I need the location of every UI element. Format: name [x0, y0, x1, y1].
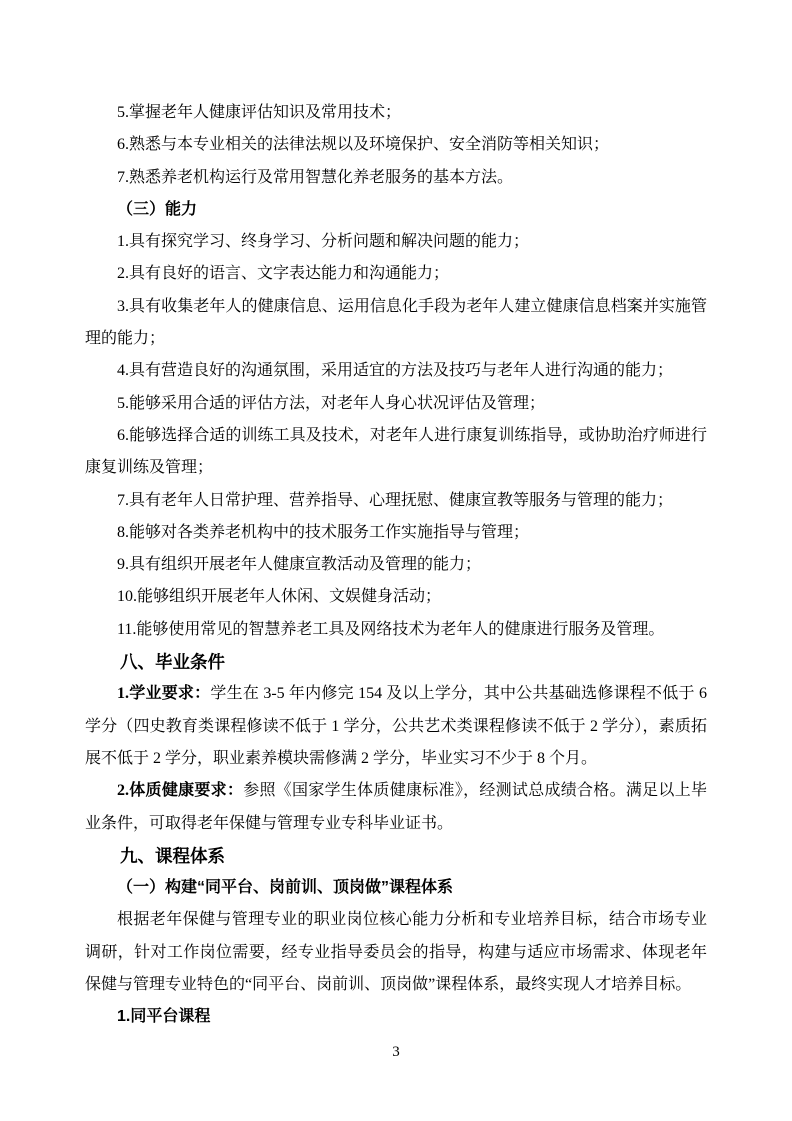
list-item-ability-10: 10.能够组织开展老年人休闲、文娱健身活动；: [85, 581, 707, 613]
list-item-ability-1: 1.具有探究学习、终身学习、分析问题和解决问题的能力；: [85, 226, 707, 258]
list-item-ability-6: 6.能够选择合适的训练工具及技术，对老年人进行康复训练指导，或协助治疗师进行康复…: [85, 420, 707, 485]
document-page: 5.掌握老年人健康评估知识及常用技术； 6.熟悉与本专业相关的法律法规以及环境保…: [0, 0, 792, 1121]
paragraph-physical-health-requirement-lead: 2.体质健康要求：: [117, 782, 243, 799]
list-item-ability-7: 7.具有老年人日常护理、营养指导、心理抚慰、健康宣教等服务与管理的能力；: [85, 485, 707, 517]
heading-graduation-requirements: 八、毕业条件: [85, 646, 707, 678]
list-item-ability-11: 11.能够使用常见的智慧养老工具及网络技术为老年人的健康进行服务及管理。: [85, 614, 707, 646]
heading-same-platform-courses: 1.同平台课程: [85, 1001, 707, 1033]
paragraph-academic-requirement-lead: 1.学业要求：: [117, 685, 210, 702]
list-item-knowledge-7: 7.熟悉养老机构运行及常用智慧化养老服务的基本方法。: [85, 162, 707, 194]
list-item-ability-5: 5.能够采用合适的评估方法，对老年人身心状况评估及管理；: [85, 388, 707, 420]
list-item-ability-4: 4.具有营造良好的沟通氛围，采用适宜的方法及技巧与老年人进行沟通的能力；: [85, 355, 707, 387]
list-item-ability-3: 3.具有收集老年人的健康信息、运用信息化手段为老年人建立健康信息档案并实施管理的…: [85, 291, 707, 356]
paragraph-curriculum-description: 根据老年保健与管理专业的职业岗位核心能力分析和专业培养目标，结合市场专业调研，针…: [85, 904, 707, 1001]
heading-curriculum-construction: （一）构建“同平台、岗前训、顶岗做”课程体系: [85, 872, 707, 904]
paragraph-physical-health-requirement: 2.体质健康要求：参照《国家学生体质健康标准》，经测试总成绩合格。满足以上毕业条…: [85, 775, 707, 840]
list-item-knowledge-6: 6.熟悉与本专业相关的法律法规以及环境保护、安全消防等相关知识；: [85, 129, 707, 161]
list-item-ability-8: 8.能够对各类养老机构中的技术服务工作实施指导与管理；: [85, 517, 707, 549]
heading-curriculum-system: 九、课程体系: [85, 840, 707, 872]
page-number: 3: [85, 1036, 707, 1068]
list-item-ability-9: 9.具有组织开展老年人健康宣教活动及管理的能力；: [85, 549, 707, 581]
heading-ability: （三）能力: [85, 194, 707, 226]
list-item-knowledge-5: 5.掌握老年人健康评估知识及常用技术；: [85, 97, 707, 129]
list-item-ability-2: 2.具有良好的语言、文字表达能力和沟通能力；: [85, 258, 707, 290]
paragraph-academic-requirement: 1.学业要求：学生在 3-5 年内修完 154 及以上学分，其中公共基础选修课程…: [85, 678, 707, 775]
